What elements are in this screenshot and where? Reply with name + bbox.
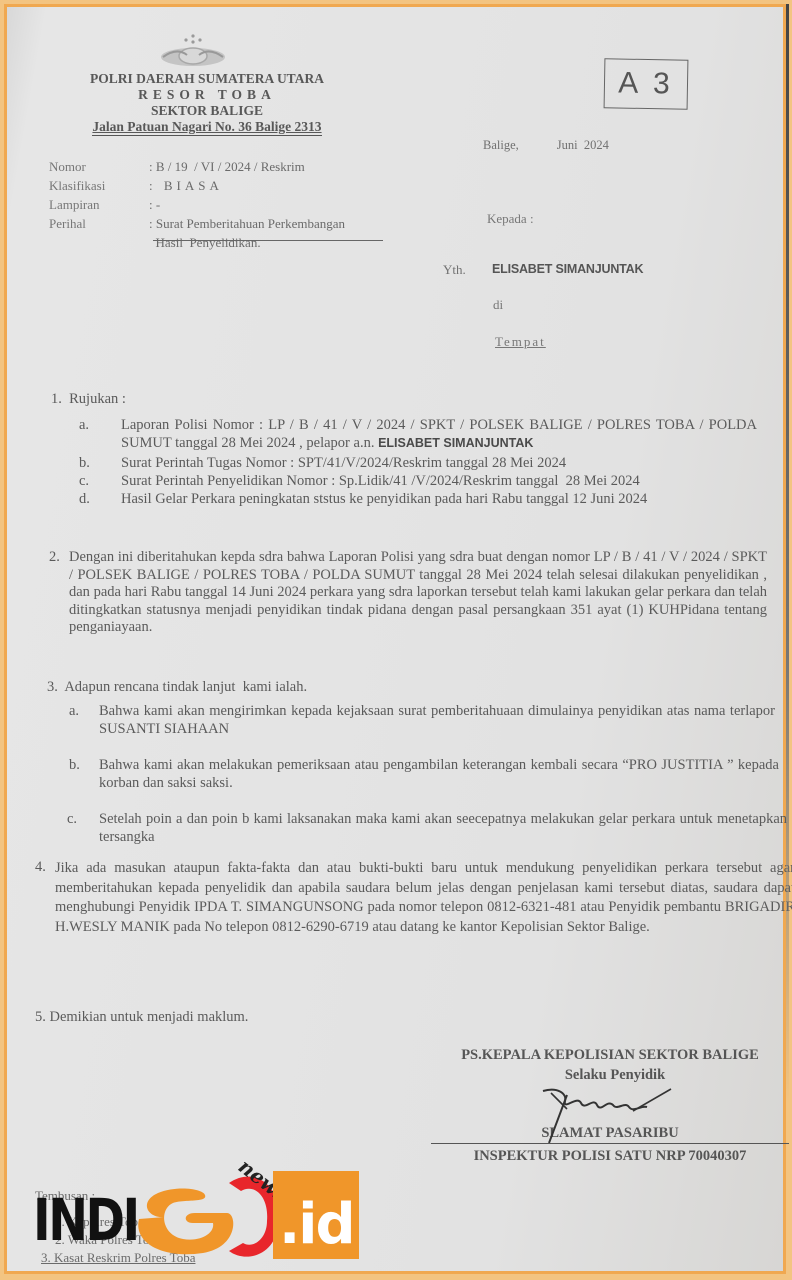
section3-heading: 3. Adapun rencana tindak lanjut kami ial… bbox=[47, 679, 307, 697]
tempat-label: Tempat bbox=[495, 334, 546, 350]
recipient-name: ELISABET SIMANJUNTAK bbox=[492, 262, 643, 276]
meta-perihal-cont: Hasil Penyelidikan. bbox=[49, 233, 345, 252]
date-month-year: Juni 2024 bbox=[557, 138, 609, 152]
section2-marker: 2. bbox=[49, 549, 60, 567]
logo-id-text: .id bbox=[279, 1192, 354, 1257]
kepada-label: Kepada : bbox=[487, 211, 534, 227]
section1-list: a. Laporan Polisi Nomor : LP / B / 41 / … bbox=[79, 417, 759, 517]
letterhead-line2: RESOR TOBA bbox=[37, 87, 377, 103]
section4-marker: 4. bbox=[35, 859, 46, 877]
handwritten-signature-icon bbox=[537, 1083, 677, 1143]
letter-meta: Nomor: B / 19 / VI / 2024 / Reskrim Klas… bbox=[49, 157, 345, 252]
letter-date: Balige,Juni 2024 bbox=[483, 138, 647, 153]
perihal-underline bbox=[153, 240, 383, 241]
indigo-news-logo: INDI news .id bbox=[33, 1147, 363, 1267]
date-place: Balige, bbox=[483, 138, 519, 152]
meta-lampiran: Lampiran: - bbox=[49, 195, 345, 214]
meta-klasifikasi: Klasifikasi: BIASA bbox=[49, 176, 345, 195]
signer-rank: INSPEKTUR POLISI SATU NRP 70040307 bbox=[431, 1143, 789, 1166]
letterhead-line1: POLRI DAERAH SUMATERA UTARA bbox=[37, 71, 377, 87]
signer-title: PS.KEPALA KEPOLISIAN SEKTOR BALIGE bbox=[435, 1045, 785, 1065]
meta-nomor: Nomor: B / 19 / VI / 2024 / Reskrim bbox=[49, 157, 345, 176]
section2-text: Dengan ini diberitahukan kepda sdra bahw… bbox=[69, 549, 767, 637]
section1-heading: 1. Rujukan : bbox=[51, 391, 126, 409]
di-label: di bbox=[493, 297, 503, 313]
reporter-name: ELISABET SIMANJUNTAK bbox=[378, 436, 533, 450]
police-emblem-icon bbox=[157, 33, 229, 67]
section5-text: 5. Demikian untuk menjadi maklum. bbox=[35, 1009, 248, 1027]
section4-text: Jika ada masukan ataupun fakta-fakta dan… bbox=[55, 859, 792, 937]
yth-label: Yth. bbox=[443, 262, 466, 278]
document-frame: POLRI DAERAH SUMATERA UTARA RESOR TOBA S… bbox=[4, 4, 786, 1274]
logo-g-shape bbox=[138, 1189, 233, 1255]
letterhead-address: Jalan Patuan Nagari No. 36 Balige 2313 bbox=[92, 119, 321, 136]
paper-edge-shadow bbox=[786, 4, 789, 1104]
signer-subtitle: Selaku Penyidik bbox=[525, 1065, 705, 1085]
letterhead-line3: SEKTOR BALIGE bbox=[37, 103, 377, 119]
logo-indi-text: INDI bbox=[33, 1186, 138, 1254]
stamp-code-box: A 3 bbox=[604, 58, 689, 109]
meta-perihal: Perihal: Surat Pemberitahuan Perkembanga… bbox=[49, 214, 345, 233]
letterhead: POLRI DAERAH SUMATERA UTARA RESOR TOBA S… bbox=[37, 71, 377, 136]
